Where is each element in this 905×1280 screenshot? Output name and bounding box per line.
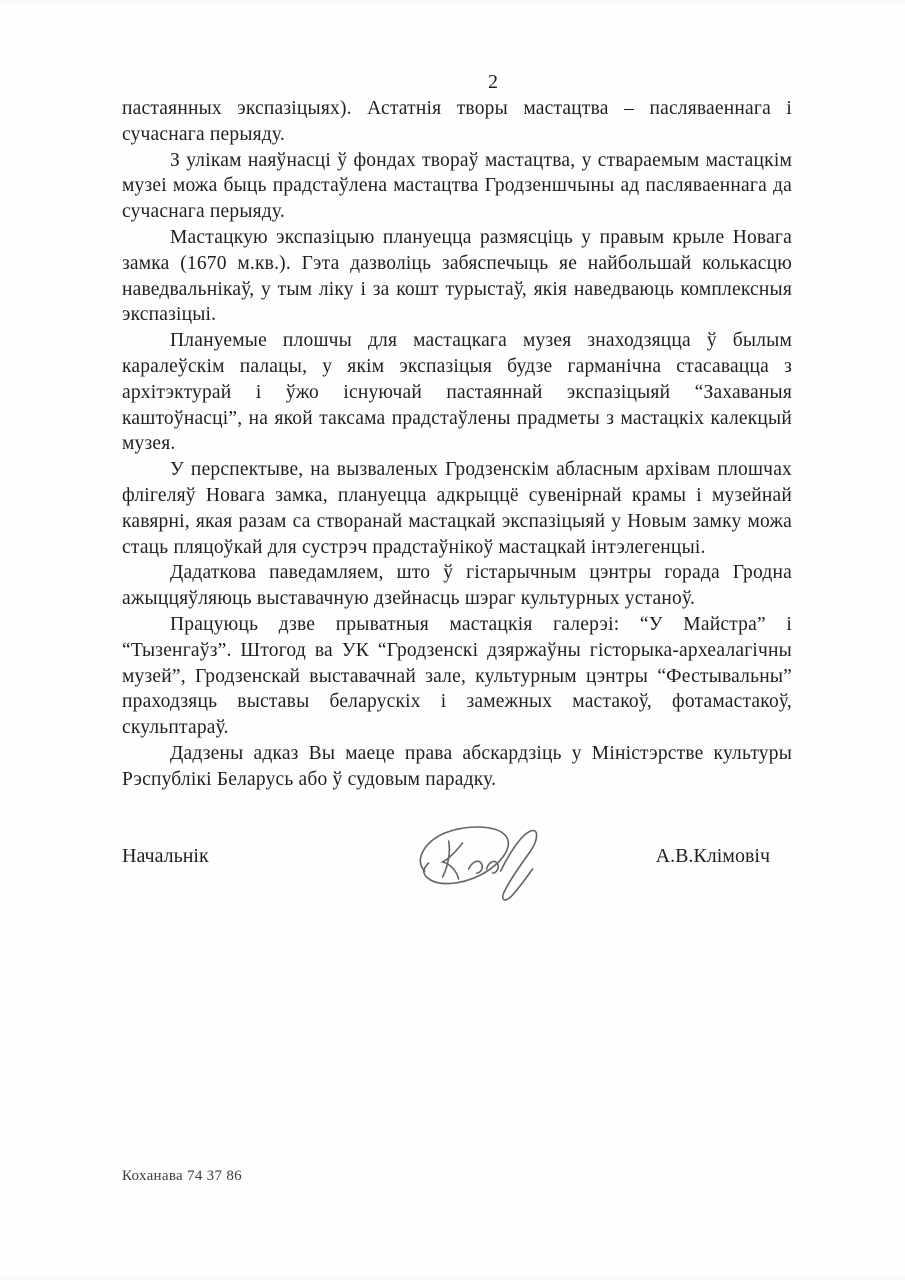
signature-icon	[403, 813, 573, 913]
paragraph: Дадзены адказ Вы маеце права абскардзіць…	[122, 741, 792, 793]
paragraph: У перспектыве, на вызваленых Гродзенскім…	[122, 457, 792, 560]
signer-title: Начальнік	[122, 831, 209, 869]
paragraph: Дадаткова паведамляем, што ў гістарычным…	[122, 560, 792, 612]
paragraph: пастаянных экспазіцыях). Астатнія творы …	[122, 96, 792, 148]
contact-reference: Коханава 74 37 86	[122, 1168, 242, 1185]
paragraph: Плануемые плошчы для мастацкага музея зн…	[122, 328, 792, 457]
letter-body: 2 пастаянных экспазіцыях). Астатнія твор…	[122, 70, 792, 926]
paragraph: Мастацкую экспазіцыю плануецца размясціц…	[122, 225, 792, 328]
scan-noise-bottom	[0, 1270, 905, 1280]
scanned-letter-page: 2 пастаянных экспазіцыях). Астатнія твор…	[0, 0, 905, 1280]
signature-block: Начальнік А.В.Клімовіч	[122, 831, 792, 926]
paragraph: З улікам наяўнасці ў фондах твораў маста…	[122, 148, 792, 225]
page-number: 2	[158, 70, 828, 94]
signer-name: А.В.Клімовіч	[656, 831, 770, 869]
paragraph: Працуюць дзве прыватныя мастацкія галерэ…	[122, 612, 792, 741]
scan-noise-top	[0, 0, 905, 10]
